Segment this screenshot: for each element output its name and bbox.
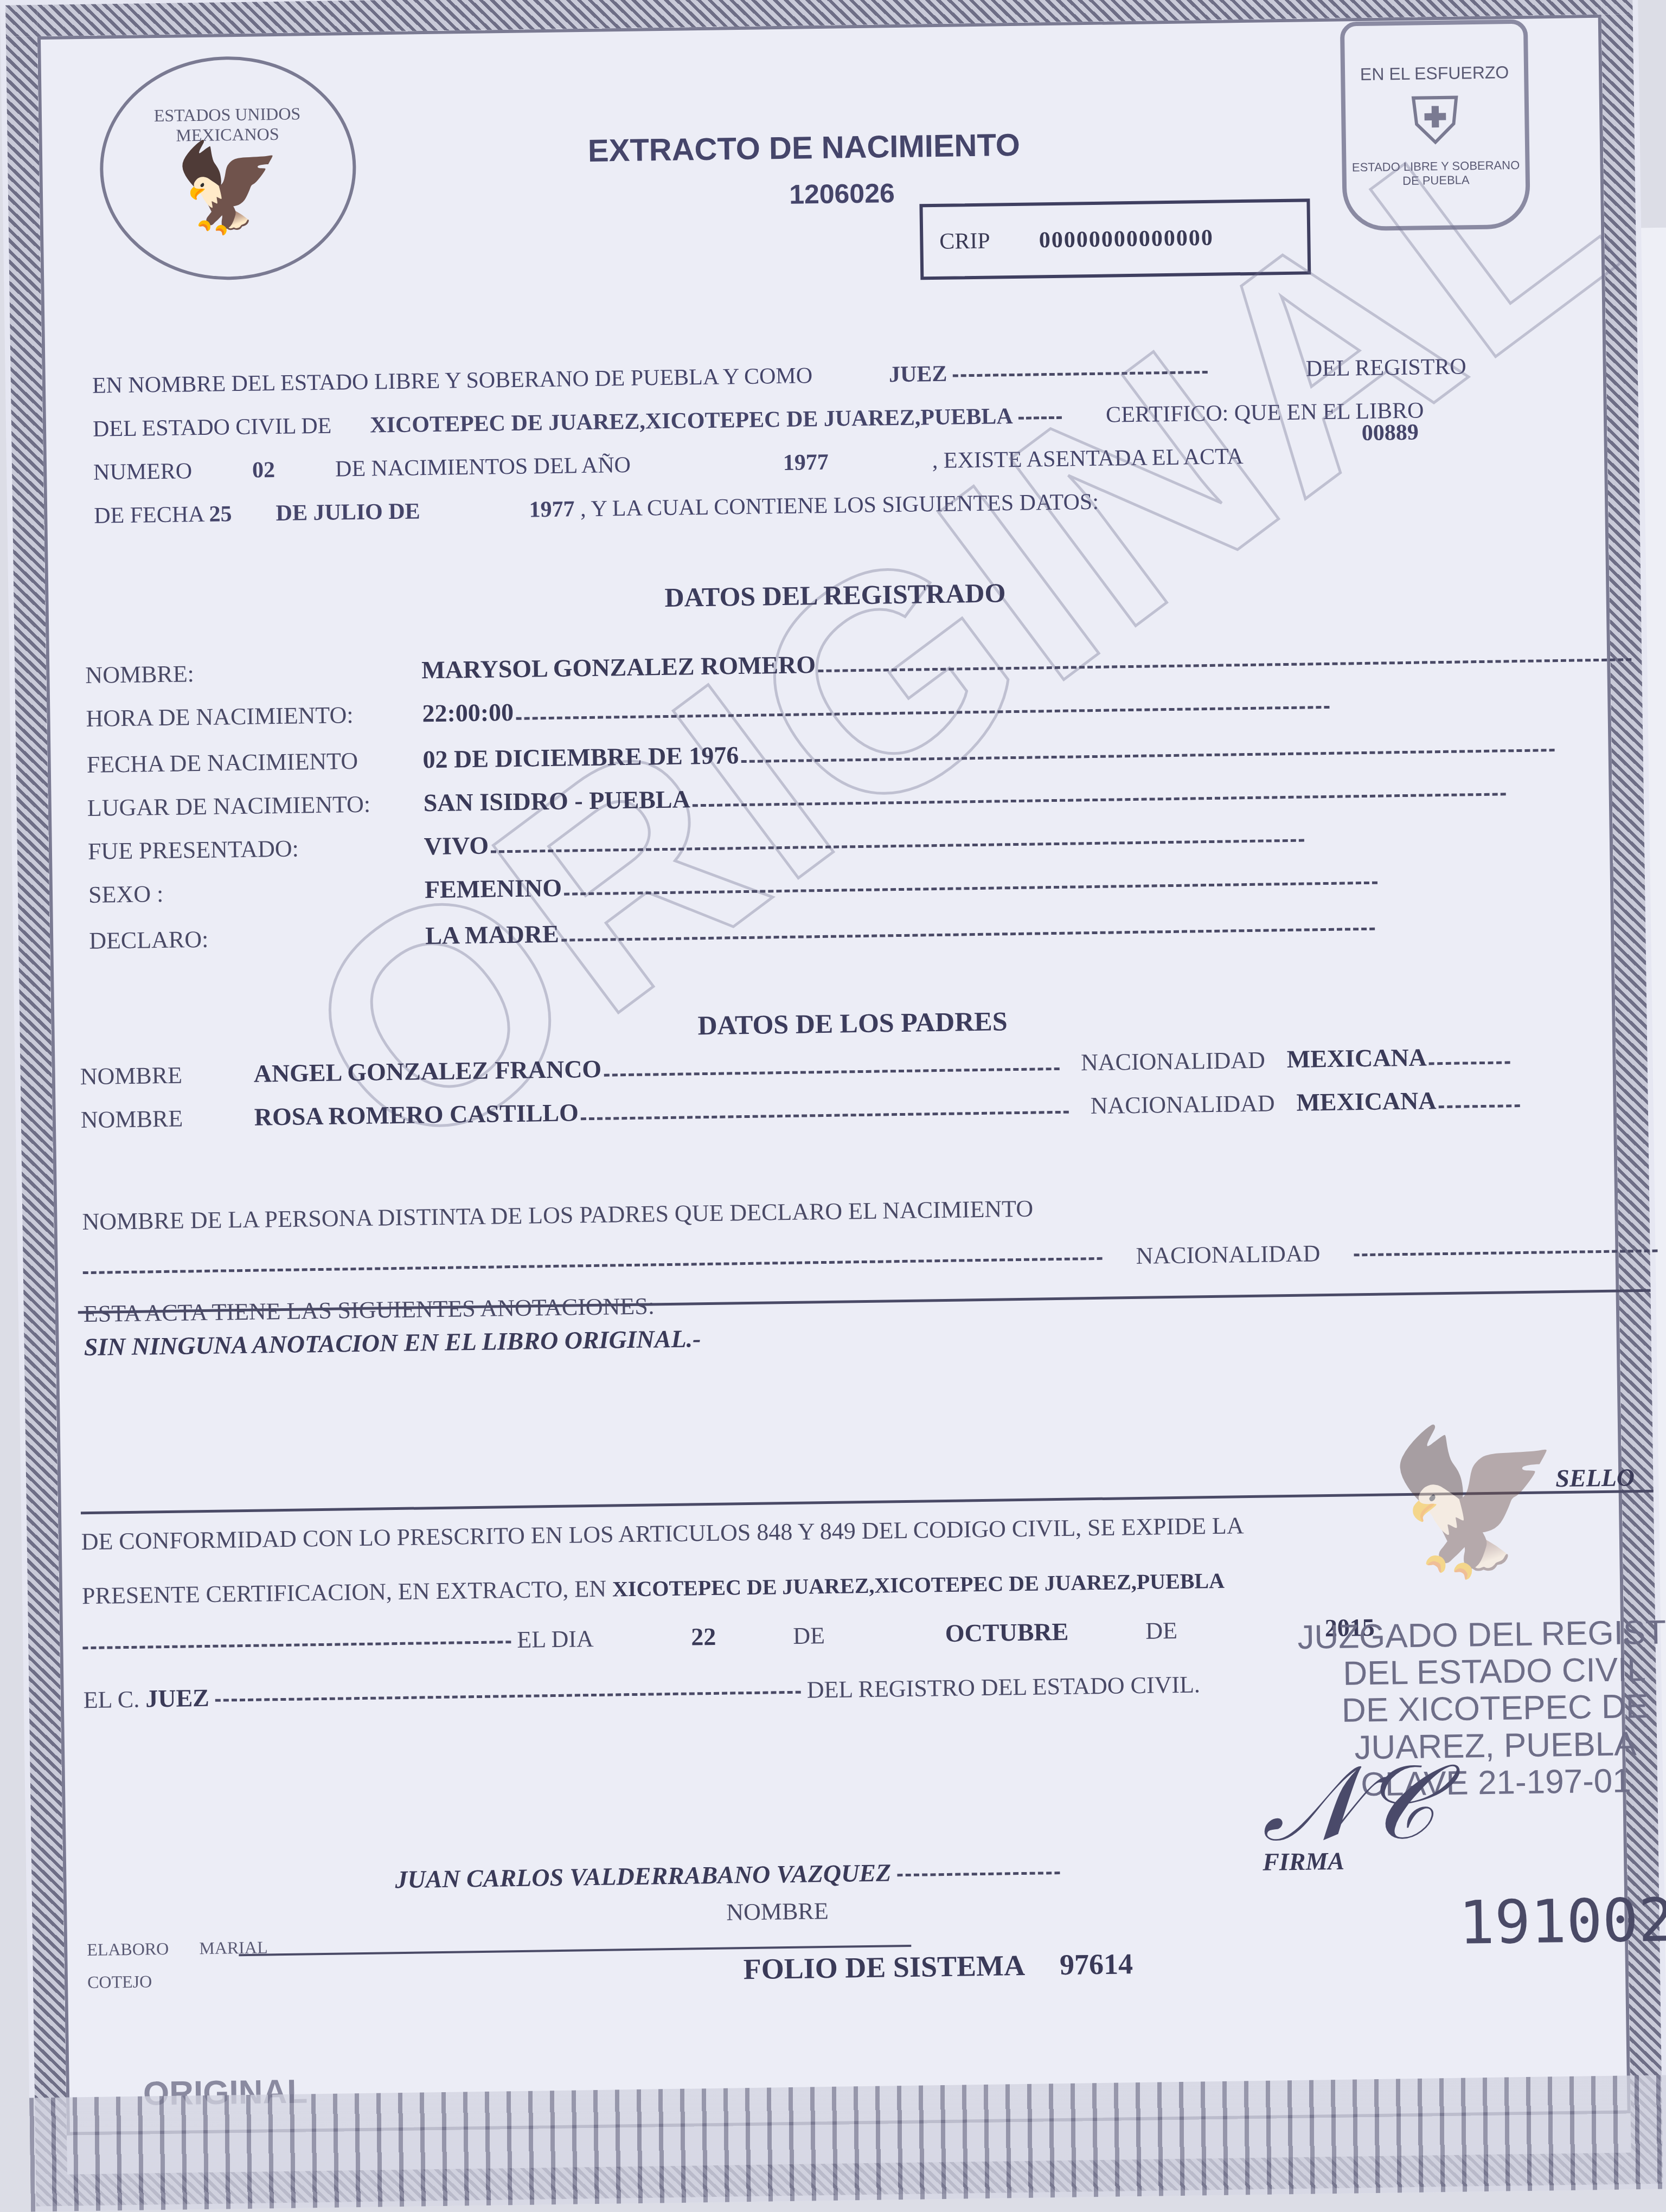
field-label: FUE PRESENTADO:	[88, 833, 425, 865]
el-c-label: EL C.	[83, 1686, 139, 1713]
fill-dashes	[1439, 1104, 1520, 1108]
field-label: DECLARO:	[89, 922, 426, 955]
document-number: 1206026	[789, 177, 895, 210]
crip-label: CRIP	[939, 228, 990, 255]
nacionalidad-label: NACIONALIDAD	[1136, 1240, 1320, 1269]
field-value: FEMENINO	[425, 874, 562, 904]
field-label: NOMBRE:	[85, 657, 422, 689]
nombre-label: NOMBRE	[80, 1060, 254, 1090]
de-label: DE	[1145, 1617, 1177, 1644]
field-value: MARYSOL GONZALEZ ROMERO	[421, 651, 816, 684]
field-label: LUGAR DE NACIMIENTO:	[87, 789, 424, 822]
de-label: DE	[793, 1622, 825, 1649]
nacionalidad-value: MEXICANA	[1296, 1086, 1437, 1116]
fecha-mes: DE JULIO DE	[275, 499, 420, 526]
field-value: VIVO	[424, 832, 489, 860]
fecha-dia: 25	[209, 501, 232, 527]
section-title-padres: DATOS DE LOS PADRES	[697, 1005, 1008, 1041]
el-dia-label: EL DIA	[517, 1625, 593, 1653]
intro-text: DE FECHA	[94, 502, 203, 529]
birth-certificate-sheet: ESTADOS UNIDOS MEXICANOS 🦅 EN EL ESFUERZ…	[0, 0, 1666, 2212]
stamp-number: 19100202	[1458, 1884, 1666, 1957]
fecha-anio: 1977	[529, 497, 575, 522]
eagle-icon: 🦅	[103, 143, 354, 233]
registro-label: DEL REGISTRO DEL ESTADO CIVIL.	[806, 1671, 1200, 1703]
section-title-registrado: DATOS DEL REGISTRADO	[664, 577, 1006, 613]
juez-label: JUEZ	[889, 362, 947, 387]
intro-text: NUMERO	[93, 459, 193, 485]
libro-anio: 1977	[783, 450, 829, 475]
parent-name: ANGEL GONZALEZ FRANCO	[253, 1055, 601, 1088]
juez-label: JUEZ	[145, 1684, 209, 1713]
nacionalidad-label: NACIONALIDAD	[1090, 1090, 1274, 1119]
folio-label: FOLIO DE SISTEMA	[743, 1949, 1023, 1985]
field-label: SEXO :	[88, 876, 425, 909]
intro-text: DEL ESTADO CIVIL DE	[93, 414, 332, 442]
elaboro-label: ELABORO	[87, 1939, 169, 1959]
decorative-bottom-band	[29, 2075, 1666, 2211]
expedition-day: 22	[691, 1623, 716, 1651]
stamp-line: DEL ESTADO CIVIL	[1298, 1651, 1666, 1693]
nombre-caption: NOMBRE	[726, 1897, 829, 1926]
cotejo-label: COTEJO	[87, 1971, 152, 1992]
libro-numero: 02	[252, 458, 275, 483]
field-value: SAN ISIDRO - PUEBLA	[423, 785, 690, 816]
fill-dashes	[604, 1068, 1059, 1077]
intro-text: DE NACIMIENTOS DEL AÑO	[335, 453, 631, 482]
stamp-line: DE XICOTEPEC DE	[1298, 1688, 1666, 1730]
nacionalidad-label: NACIONALIDAD	[1081, 1047, 1265, 1076]
eagle-icon: 🦅	[1386, 1431, 1563, 1574]
folio-sistema: FOLIO DE SISTEMA 97614	[743, 1947, 1133, 1986]
field-label: FECHA DE NACIMIENTO	[86, 746, 423, 779]
fill-dashes	[1429, 1061, 1510, 1065]
fill-dashes	[581, 1111, 1069, 1121]
expedition-month: OCTUBRE	[945, 1618, 1068, 1647]
parent-name: ROSA ROMERO CASTILLO	[254, 1098, 579, 1130]
elaboro: ELABORO MARIAL	[87, 1937, 268, 1960]
nacionalidad-value: MEXICANA	[1286, 1043, 1427, 1073]
firma-caption: FIRMA	[1263, 1847, 1345, 1876]
document-title: EXTRACTO DE NACIMIENTO	[588, 127, 1021, 169]
field-value: LA MADRE	[425, 920, 559, 949]
field-label: HORA DE NACIMIENTO:	[86, 700, 422, 732]
field-value: 02 DE DICIEMBRE DE 1976	[422, 741, 739, 773]
stamp-line: JUZGADO DEL REGISTR	[1297, 1614, 1666, 1656]
elaboro-value: MARIAL	[199, 1937, 268, 1958]
nombre-label: NOMBRE	[80, 1104, 254, 1134]
folio-value: 97614	[1060, 1947, 1133, 1981]
field-value: 22:00:00	[422, 698, 514, 727]
